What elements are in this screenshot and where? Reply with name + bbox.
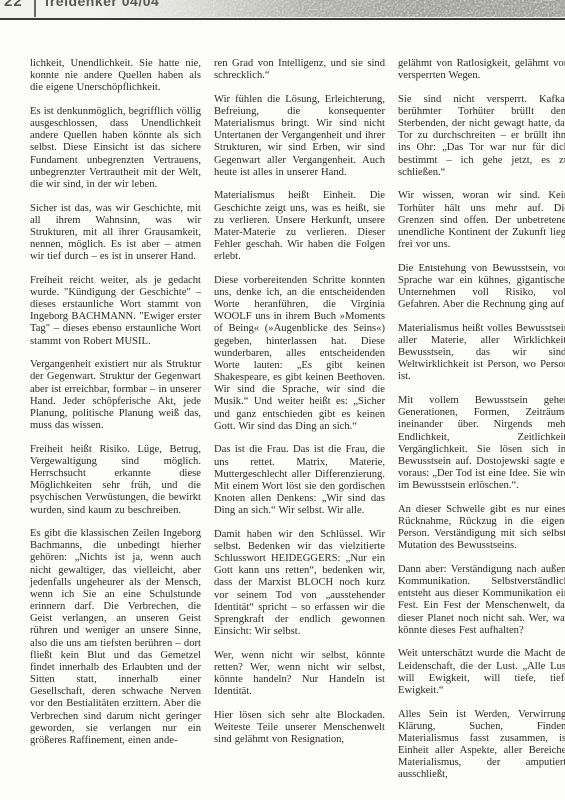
paragraph: Dann aber: Verständigung nach außen. Kom… [398,564,565,637]
paragraph: ren Grad von Intelligenz, und sie sind s… [214,58,385,82]
publication-title: freidenker 04/04 [45,0,160,9]
header-divider-line [34,0,36,17]
paragraph: Sie sind nicht versperrt. Kafkas berühmt… [398,94,565,179]
paragraph: Mit vollem Bewusstsein gehen Generatione… [398,395,565,492]
paragraph: An dieser Schwelle gibt es nur eines: Rü… [398,504,565,553]
text-column-left: lichkeit, Unendlichkeit. Sie hatte nie, … [30,58,201,793]
paragraph: Diese vorbereitenden Schritte konnten un… [214,275,385,433]
paragraph: Die Entstehung von Bewusstsein, von Spra… [398,263,565,312]
paragraph: Materialismus heißt volles Bewusstsein a… [398,323,565,384]
paragraph: Sicher ist das, was wir Geschichte, mit … [30,203,201,264]
page-header: 22 freidenker 04/04 [0,0,565,20]
page-number: 22 [4,0,23,10]
paragraph: Das ist die Frau. Das ist die Frau, die … [214,444,385,517]
paragraph: Wer, wenn nicht wir selbst, könnte rette… [214,650,385,699]
paragraph: Wir wissen, woran wir sind. Kein Torhüte… [398,190,565,251]
paragraph: Alles Sein ist Werden, Verwirrung, Kläru… [398,709,565,782]
paragraph: Es gibt die klassischen Zeilen Ingeborg … [30,528,201,747]
paragraph: Damit haben wir den Schlüssel. Wir selbs… [214,529,385,638]
text-column-middle: ren Grad von Intelligenz, und sie sind s… [214,58,385,793]
paragraph: lichkeit, Unendlichkeit. Sie hatte nie, … [30,58,201,94]
paragraph: Es ist denkunmöglich, begrifflich völlig… [30,106,201,191]
paragraph: Freiheit heißt Risiko. Lüge, Betrug, Ver… [30,444,201,517]
paragraph: Materialismus heißt Einheit. Die Geschic… [214,190,385,263]
paragraph: Weit unterschätzt wurde die Macht der Le… [398,648,565,697]
scan-noise-artifact [95,0,565,17]
header-content: 22 freidenker 04/04 [4,0,159,17]
text-column-right: gelähmt von Ratlosigkeit, gelähmt von ve… [398,58,565,793]
scanned-magazine-page: 22 freidenker 04/04 lichkeit, Unendlichk… [0,0,565,800]
paragraph: gelähmt von Ratlosigkeit, gelähmt von ve… [398,58,565,82]
paragraph: Wir fühlen die Lösung, Erleichterung, Be… [214,94,385,179]
paragraph: Hier lösen sich sehr alte Blockaden. Wei… [214,710,385,746]
article-body: lichkeit, Unendlichkeit. Sie hatte nie, … [30,58,550,793]
paragraph: Freiheit reicht weiter, als je gedacht w… [30,275,201,348]
paragraph: Vergangenheit existiert nur als Struktur… [30,359,201,432]
